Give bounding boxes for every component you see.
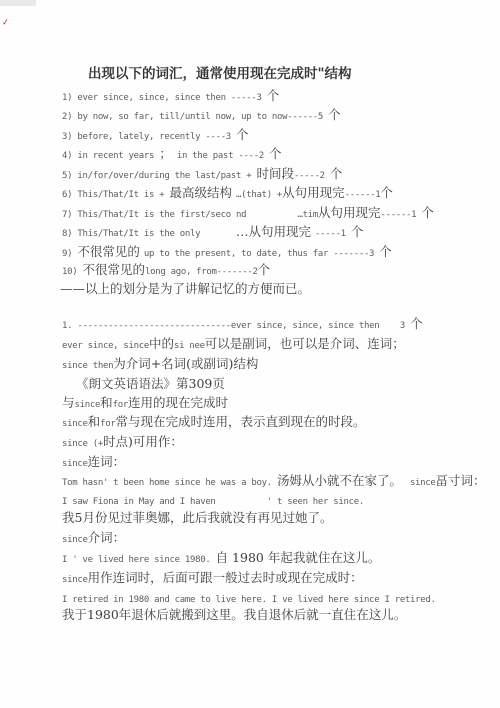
- text-segment-en: I ' ve lived here since 1980.: [62, 555, 216, 565]
- text-segment-en: since: [62, 575, 88, 585]
- body-line: since用作连词时，后面可跟一般过去时或现在完成时：: [62, 570, 363, 587]
- text-segment-zh: 个: [258, 262, 271, 277]
- text-segment-zh: 常与现在完成时连用，表示直到现在的时段。: [115, 414, 365, 429]
- text-segment-en: 8) This/That/It is the only: [62, 229, 236, 239]
- body-line: 与since和for连用的现在完成时: [62, 395, 228, 412]
- text-segment-zh: 连用的现在完成时: [128, 395, 228, 410]
- text-segment-en: 10): [62, 267, 82, 277]
- text-segment-en: I saw Fiona in May and I haven ' t seen …: [62, 497, 364, 507]
- text-segment-zh: 个: [380, 185, 393, 200]
- text-segment-zh: 个: [269, 146, 282, 161]
- text-segment-zh: 为介词+名词(或副词)结构: [113, 356, 258, 371]
- text-segment-en: …(that) +: [236, 190, 282, 200]
- text-segment-en: in the past ----2: [172, 151, 269, 161]
- text-segment-en: since: [62, 459, 88, 469]
- list-item-6: 6) This/That/It is + 最高级结构 …(that) +从句用现…: [62, 185, 393, 202]
- list-item-5: 5) in/for/over/during the last/past + 时间…: [62, 166, 342, 183]
- text-segment-zh: 不很常见的: [82, 262, 145, 277]
- text-segment-zh: 可以是副词，也可以是介词、连词；: [205, 336, 405, 351]
- text-segment-zh: 从句用现完: [318, 205, 381, 220]
- text-segment-zh: 自 1980 年起我就住在这儿。: [216, 550, 381, 565]
- text-segment-en: ------1: [380, 210, 421, 220]
- example-line: I ' ve lived here since 1980. 自 1980 年起我…: [62, 550, 380, 567]
- list-item-9: 9) 不很常见的 up to the present, to date, thu…: [62, 244, 392, 261]
- text-segment-zh: 我于1980年退休后就搬到这里。我自退休后就一直住在这儿。: [62, 607, 406, 622]
- text-segment-zh: 个: [330, 166, 343, 181]
- text-segment-en: -----1: [315, 229, 351, 239]
- example-line: 我5月份见过菲奥娜，此后我就没有再见过她了。: [62, 510, 332, 525]
- text-segment-en: ever since, since: [62, 341, 149, 351]
- text-segment-zh: 和: [100, 395, 113, 410]
- text-segment-en: 1) ever since, since, since then -----3: [62, 93, 267, 103]
- reference-line: 《朗文英语语法》第309页: [76, 376, 225, 391]
- text-segment-zh: 我5月份见过菲奥娜，此后我就没有再见过她了。: [62, 510, 332, 525]
- scan-edge-artifact: [0, 0, 36, 6]
- text-segment-zh: 《朗文英语语法》第309页: [76, 376, 225, 391]
- text-segment-en: 2) by now, so far, till/until now, up to…: [62, 112, 328, 122]
- text-segment-zh: 时点)可用作：: [103, 434, 183, 449]
- body-line: ever since, since中的si nee可以是副词，也可以是介词、连词…: [62, 336, 405, 353]
- text-segment-zh: 中的: [149, 336, 174, 351]
- text-segment-en: Tom hasn' t been home since he was a boy…: [62, 478, 277, 488]
- text-segment-zh: ——以上的划分是为了讲解记忆的方便而已。: [60, 281, 310, 296]
- list-item-3: 3) before, lately, recently ----3 个: [62, 127, 249, 144]
- text-segment-en: si nee: [174, 341, 205, 351]
- text-segment-en: 5) in/for/over/during the last/past +: [62, 171, 257, 181]
- example-line: I saw Fiona in May and I haven ' t seen …: [62, 492, 364, 509]
- text-segment-zh: 个: [379, 244, 392, 259]
- text-segment-zh: 不很常见的: [77, 244, 143, 259]
- text-segment-zh: 从句用现完: [282, 185, 345, 200]
- list-item-8: 8) This/That/It is the only …从句用现完 -----…: [62, 224, 363, 241]
- list-item-1: 1) ever since, since, since then -----3 …: [62, 88, 279, 105]
- document-title: 出现以下的词汇，通常使用现在完成时"结构: [88, 66, 352, 81]
- text-segment-zh: ；: [159, 146, 172, 161]
- text-segment-en: I retired in 1980 and came to live here.…: [62, 595, 436, 605]
- text-segment-zh: 介词：: [88, 530, 126, 545]
- text-segment-en: ------1: [345, 190, 381, 200]
- body-line: since (+时点)可用作：: [62, 434, 183, 451]
- text-segment-en: since: [410, 478, 436, 488]
- text-segment-zh: 个: [328, 107, 341, 122]
- text-segment-en: since: [62, 535, 88, 545]
- text-segment-zh: 个: [351, 224, 364, 239]
- example-line: I retired in 1980 and came to live here.…: [62, 590, 436, 607]
- list-item-4: 4) in recent years ； in the past ----2 个: [62, 146, 282, 163]
- text-segment-zh: 用作连词时，后面可跟一般过去时或现在完成时：: [88, 570, 363, 585]
- text-segment-en: since: [62, 419, 88, 429]
- text-segment-en: long ago, from-------2: [145, 267, 258, 277]
- text-segment-en: since: [75, 400, 101, 410]
- text-segment-zh: 个: [421, 205, 434, 220]
- text-segment-en: for: [113, 400, 128, 410]
- section-1-heading: 1. ------------------------------ever si…: [62, 316, 423, 333]
- text-segment-en: 9): [62, 249, 77, 259]
- text-segment-en: 7) This/That/It is the first/seco nd …ti…: [62, 210, 318, 220]
- text-segment-en: -----2: [294, 171, 330, 181]
- list-item-2: 2) by now, so far, till/until now, up to…: [62, 107, 341, 124]
- scanned-document-page: ✓ 出现以下的词汇，通常使用现在完成时"结构1) ever since, sin…: [0, 0, 500, 708]
- text-segment-zh: 个: [236, 127, 249, 142]
- text-segment-en: 3) before, lately, recently ----3: [62, 132, 236, 142]
- text-segment-zh: 出现以下的词汇，通常使用现在完成时"结构: [88, 66, 352, 82]
- text-segment-zh: 时间段: [257, 166, 295, 181]
- list-item-10: 10) 不很常见的long ago, from-------2个: [62, 262, 270, 279]
- text-segment-zh: 汤姆从小就不在家了。: [277, 473, 410, 488]
- note-line: ——以上的划分是为了讲解记忆的方便而已。: [60, 281, 310, 296]
- text-segment-zh: …从句用现完: [236, 224, 315, 239]
- text-segment-zh: 与: [62, 395, 75, 410]
- body-line: since then为介词+名词(或副词)结构: [62, 356, 258, 373]
- text-segment-en: up to the present, to date, thus far ---…: [144, 249, 379, 259]
- text-segment-en: for: [100, 419, 115, 429]
- text-segment-zh: 个: [410, 316, 423, 331]
- text-segment-en: 6) This/That/It is +: [62, 190, 170, 200]
- red-annotation-mark: ✓: [1, 19, 9, 29]
- text-segment-zh: 连词：: [88, 454, 126, 469]
- list-item-7: 7) This/That/It is the first/seco nd …ti…: [62, 205, 434, 222]
- text-segment-en: since (+: [62, 439, 103, 449]
- text-segment-zh: 和: [88, 414, 101, 429]
- text-segment-zh: 个: [267, 88, 280, 103]
- text-segment-en: 4) in recent years: [62, 151, 159, 161]
- text-segment-zh: 最高级结构: [170, 185, 236, 200]
- body-line: since和for常与现在完成时连用，表示直到现在的时段。: [62, 414, 365, 431]
- text-segment-en: 1. ------------------------------ever si…: [62, 321, 410, 331]
- example-line: 我于1980年退休后就搬到这里。我自退休后就一直住在这儿。: [62, 607, 406, 622]
- body-line: since介词：: [62, 530, 125, 547]
- example-line: Tom hasn' t been home since he was a boy…: [62, 473, 486, 490]
- text-segment-en: since then: [62, 361, 113, 371]
- text-segment-zh: 畐寸词：: [436, 473, 486, 488]
- body-line: since连词：: [62, 454, 125, 471]
